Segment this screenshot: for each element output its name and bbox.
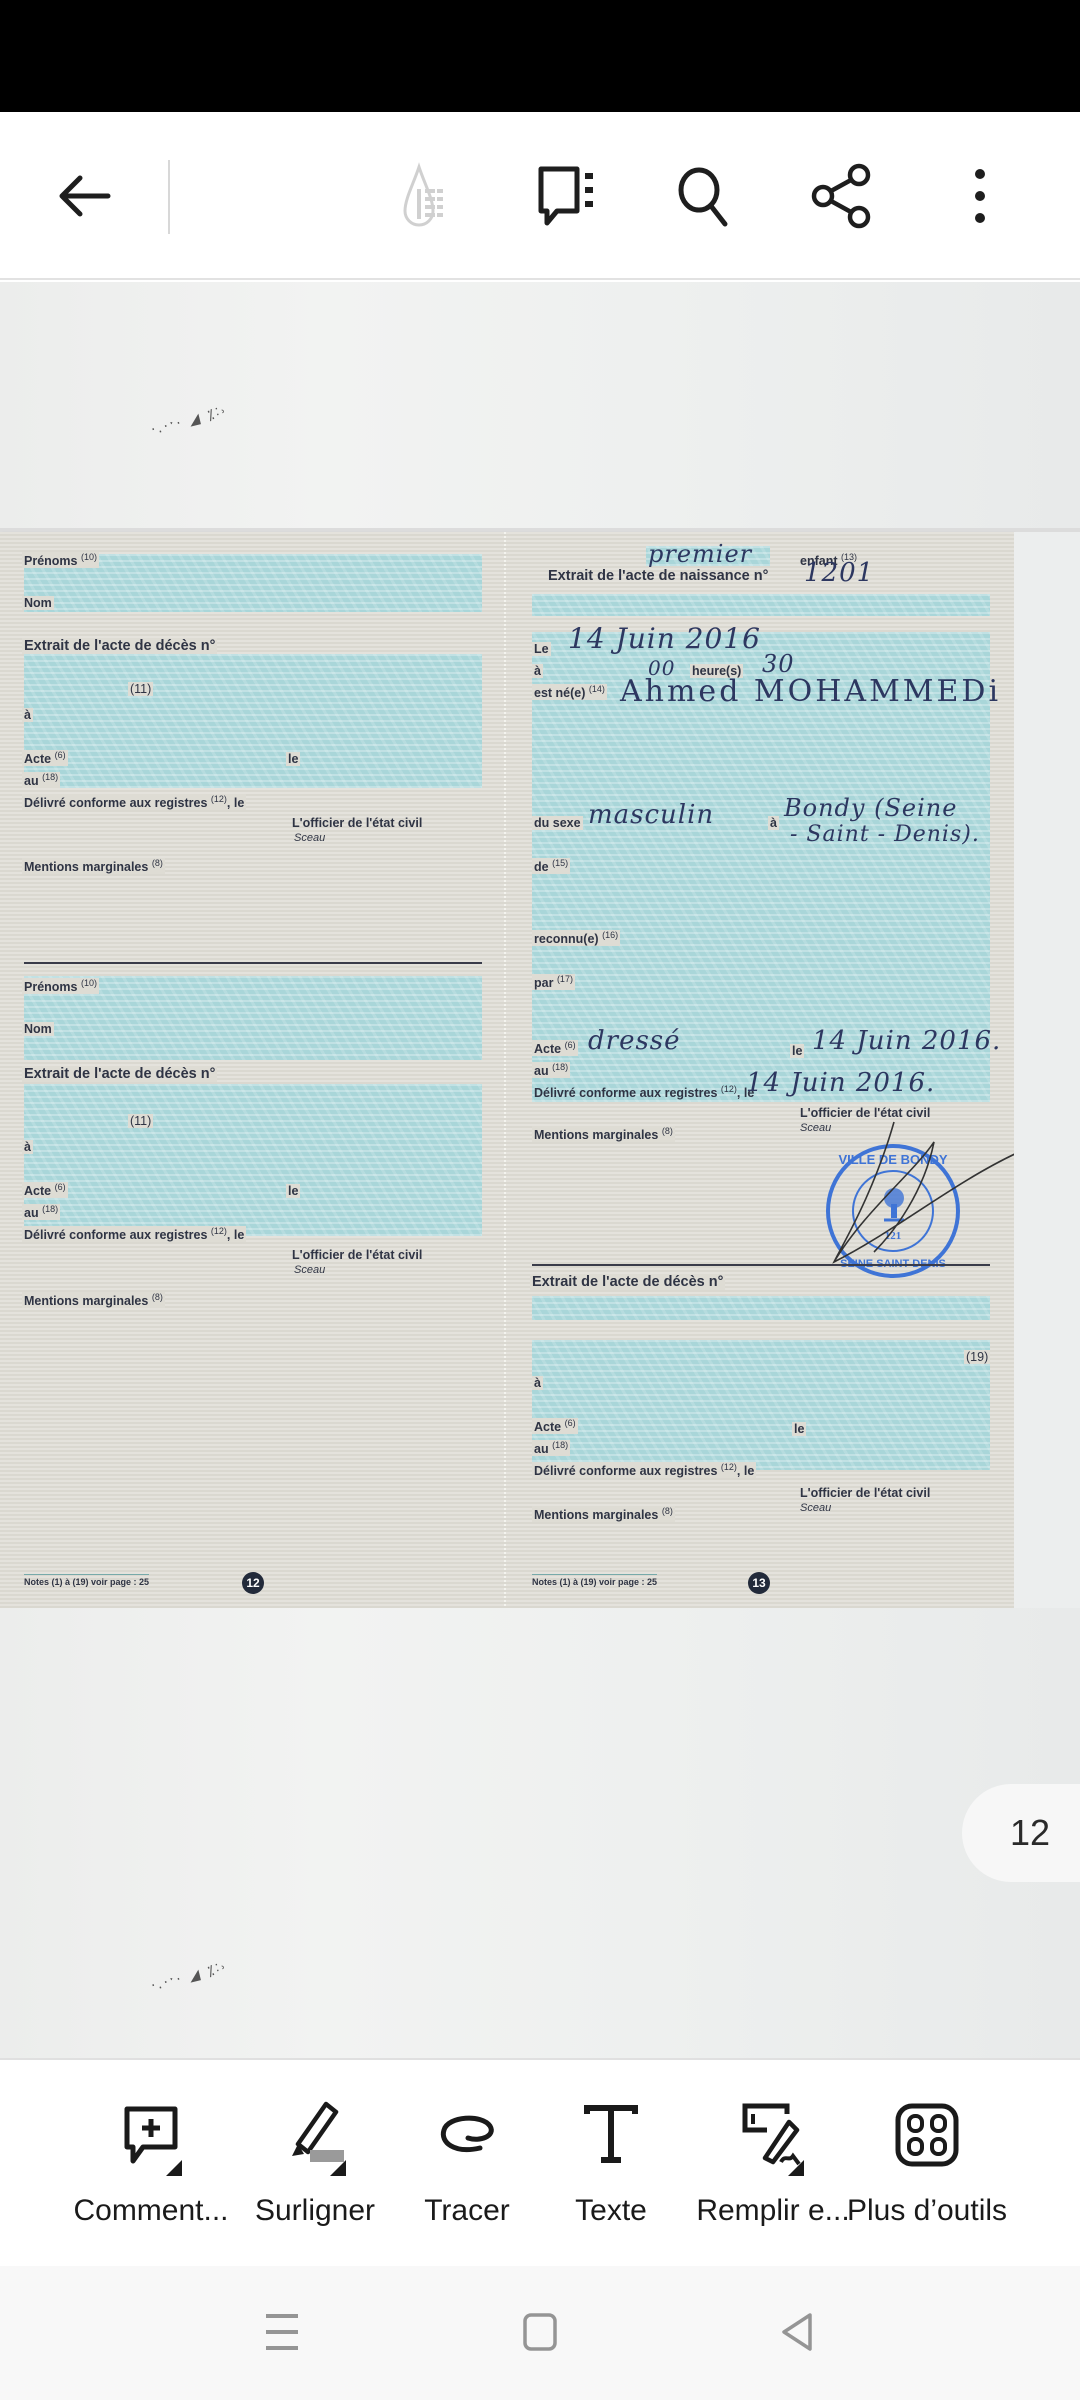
section-divider xyxy=(24,962,482,964)
handwritten-birth-date: 14 Juin 2016 xyxy=(568,622,761,655)
more-tools-icon xyxy=(894,2102,960,2168)
footnote-ref: (11) xyxy=(128,682,153,696)
handwritten-child-name: Ahmed MOHAMMEDi xyxy=(620,674,1001,709)
label-prenoms: Prénoms (10) xyxy=(22,978,99,994)
tool-more-tools[interactable]: Plus d’outils xyxy=(842,2090,1012,2240)
page-indicator-number: 12 xyxy=(1010,1812,1050,1854)
tool-text[interactable]: Texte xyxy=(526,2090,696,2240)
search-button[interactable] xyxy=(665,156,745,236)
label-nom: Nom xyxy=(22,1022,54,1036)
handwritten-acte-type: dressé xyxy=(588,1026,681,1056)
page-indicator[interactable]: 12 xyxy=(962,1784,1080,1882)
scan-speckle: ·.·ˑ· ◢ ⁒˸˒ xyxy=(149,403,229,439)
bottom-toolbar: Comment... Surligner Tracer Texte xyxy=(0,2058,1080,2266)
label-delivre: Délivré conforme aux registres (12), le xyxy=(532,1084,756,1100)
recent-apps-icon xyxy=(262,2312,302,2352)
death-extract-title: Extrait de l'acte de décès n° xyxy=(530,1274,725,1290)
form-band xyxy=(532,594,990,616)
page-number-badge: 13 xyxy=(748,1572,770,1594)
label-au: au (18) xyxy=(22,772,60,788)
tool-fill-sign[interactable]: Remplir e... xyxy=(688,2090,858,2240)
document-viewport[interactable]: ·.·ˑ· ◢ ⁒˸˒ Prénoms (10) Nom Extrait de … xyxy=(0,282,1080,2058)
form-band xyxy=(24,654,482,788)
label-acte: Acte (6) xyxy=(22,1182,68,1198)
label-par: par (17) xyxy=(532,974,575,990)
tool-label: Plus d’outils xyxy=(847,2194,1007,2228)
handwritten-acte-date: 14 Juin 2016. xyxy=(812,1026,1001,1056)
more-options-icon xyxy=(970,166,990,226)
label-reconnu: reconnu(e) (16) xyxy=(532,930,620,946)
tool-label: Remplir e... xyxy=(696,2194,849,2228)
submenu-indicator-icon xyxy=(330,2160,346,2176)
label-prenoms: Prénoms (10) xyxy=(22,552,99,568)
form-band xyxy=(532,1296,990,1320)
tool-label: Surligner xyxy=(255,2194,375,2228)
previous-page-bottom: ·.·ˑ· ◢ ⁒˸˒ xyxy=(0,282,1080,528)
label-de: de (15) xyxy=(532,858,570,874)
handwritten-birthplace-line1: Bondy (Seine xyxy=(784,794,957,822)
tool-label: Texte xyxy=(575,2194,647,2228)
liquid-mode-icon xyxy=(397,161,467,231)
scanned-livret-de-famille: Prénoms (10) Nom Extrait de l'acte de dé… xyxy=(0,532,1014,1610)
top-toolbar xyxy=(0,112,1080,280)
label-au: au (18) xyxy=(22,1204,60,1220)
back-button[interactable] xyxy=(44,156,124,236)
label-sceau: Sceau xyxy=(798,1502,833,1514)
system-navigation-bar xyxy=(0,2266,1080,2400)
tool-label: Tracer xyxy=(424,2194,510,2228)
comments-list-button[interactable] xyxy=(528,156,608,236)
birth-extract-title: Extrait de l'acte de naissance n° xyxy=(546,568,770,584)
section-title: Extrait de l'acte de décès n° xyxy=(22,1066,217,1082)
label-a: à xyxy=(22,708,33,722)
next-page-top: ·.·ˑ· ◢ ⁒˸˒ xyxy=(0,1608,1080,2058)
handwritten-sex: masculin xyxy=(588,800,714,830)
liquid-mode-button[interactable] xyxy=(392,156,472,236)
toolbar-divider xyxy=(168,160,170,234)
label-a: à xyxy=(532,664,543,678)
label-au: au (18) xyxy=(532,1440,570,1456)
draw-icon xyxy=(434,2102,500,2168)
footnotes-reference: Notes (1) à (19) voir page : 25 xyxy=(24,1574,149,1587)
label-le: le xyxy=(790,1044,804,1058)
scan-speckle: ·.·ˑ· ◢ ⁒˸˒ xyxy=(149,1959,229,1995)
left-page: Prénoms (10) Nom Extrait de l'acte de dé… xyxy=(0,532,504,1610)
submenu-indicator-icon xyxy=(166,2160,182,2176)
share-icon xyxy=(809,163,875,229)
back-triangle-icon xyxy=(778,2312,818,2352)
label-officier: L'officier de l'état civil xyxy=(798,1486,932,1500)
submenu-indicator-icon xyxy=(788,2160,804,2176)
footnotes-reference: Notes (1) à (19) voir page : 25 xyxy=(532,1574,657,1587)
form-band xyxy=(532,1340,990,1470)
home-button[interactable] xyxy=(500,2302,580,2362)
label-sceau: Sceau xyxy=(292,832,327,844)
label-officier: L'officier de l'état civil xyxy=(290,816,424,830)
label-le: le xyxy=(286,1184,300,1198)
add-comment-icon xyxy=(119,2103,183,2167)
label-mentions: Mentions marginales (8) xyxy=(532,1506,675,1522)
label-le: le xyxy=(286,752,300,766)
footnote-ref: (19) xyxy=(964,1350,990,1364)
search-icon xyxy=(673,164,737,228)
scan-margin xyxy=(1014,532,1080,1610)
back-arrow-icon xyxy=(54,166,114,226)
handwritten-rank: premier xyxy=(648,540,752,568)
label-acte: Acte (6) xyxy=(532,1040,578,1056)
label-a: à xyxy=(22,1140,33,1154)
label-lieu-a: à xyxy=(768,816,779,830)
label-delivre: Délivré conforme aux registres (12), le xyxy=(22,794,246,810)
page-number-badge: 12 xyxy=(242,1572,264,1594)
label-mentions: Mentions marginales (8) xyxy=(532,1126,675,1142)
label-delivre: Délivré conforme aux registres (12), le xyxy=(532,1462,756,1478)
more-options-button[interactable] xyxy=(940,156,1020,236)
tool-comment[interactable]: Comment... xyxy=(66,2090,236,2240)
label-le: le xyxy=(792,1422,806,1436)
back-nav-button[interactable] xyxy=(758,2302,838,2362)
label-a: à xyxy=(532,1376,543,1390)
label-officier: L'officier de l'état civil xyxy=(290,1248,424,1262)
label-est-ne: est né(e) (14) xyxy=(532,684,607,700)
comments-list-icon xyxy=(533,161,603,231)
text-icon xyxy=(583,2102,639,2168)
right-page: premier enfant (13) Extrait de l'acte de… xyxy=(508,532,1014,1610)
label-sexe: du sexe xyxy=(532,816,583,830)
label-nom: Nom xyxy=(22,596,54,610)
label-sceau: Sceau xyxy=(292,1264,327,1276)
handwritten-act-number: 1201 xyxy=(804,558,874,588)
home-icon xyxy=(520,2312,560,2352)
pdf-viewer-app: ·.·ˑ· ◢ ⁒˸˒ Prénoms (10) Nom Extrait de … xyxy=(0,0,1080,2400)
label-delivre: Délivré conforme aux registres (12), le xyxy=(22,1226,246,1242)
label-mentions: Mentions marginales (8) xyxy=(22,858,165,874)
label-acte: Acte (6) xyxy=(22,750,68,766)
tool-highlight[interactable]: Surligner xyxy=(230,2090,400,2240)
tool-label: Comment... xyxy=(73,2194,228,2228)
share-button[interactable] xyxy=(802,156,882,236)
form-band xyxy=(24,1084,482,1236)
handwritten-delivery-date: 14 Juin 2016. xyxy=(746,1068,935,1098)
section-divider xyxy=(532,1264,990,1266)
signature-scribble xyxy=(804,1112,1024,1272)
label-mentions: Mentions marginales (8) xyxy=(22,1292,165,1308)
section-title: Extrait de l'acte de décès n° xyxy=(22,638,217,654)
recent-apps-button[interactable] xyxy=(242,2302,322,2362)
footnote-ref: (11) xyxy=(128,1114,153,1128)
status-bar xyxy=(0,0,1080,112)
label-le: Le xyxy=(532,642,551,656)
label-acte: Acte (6) xyxy=(532,1418,578,1434)
handwritten-birthplace-line2: - Saint - Denis). xyxy=(790,822,980,847)
label-au: au (18) xyxy=(532,1062,570,1078)
